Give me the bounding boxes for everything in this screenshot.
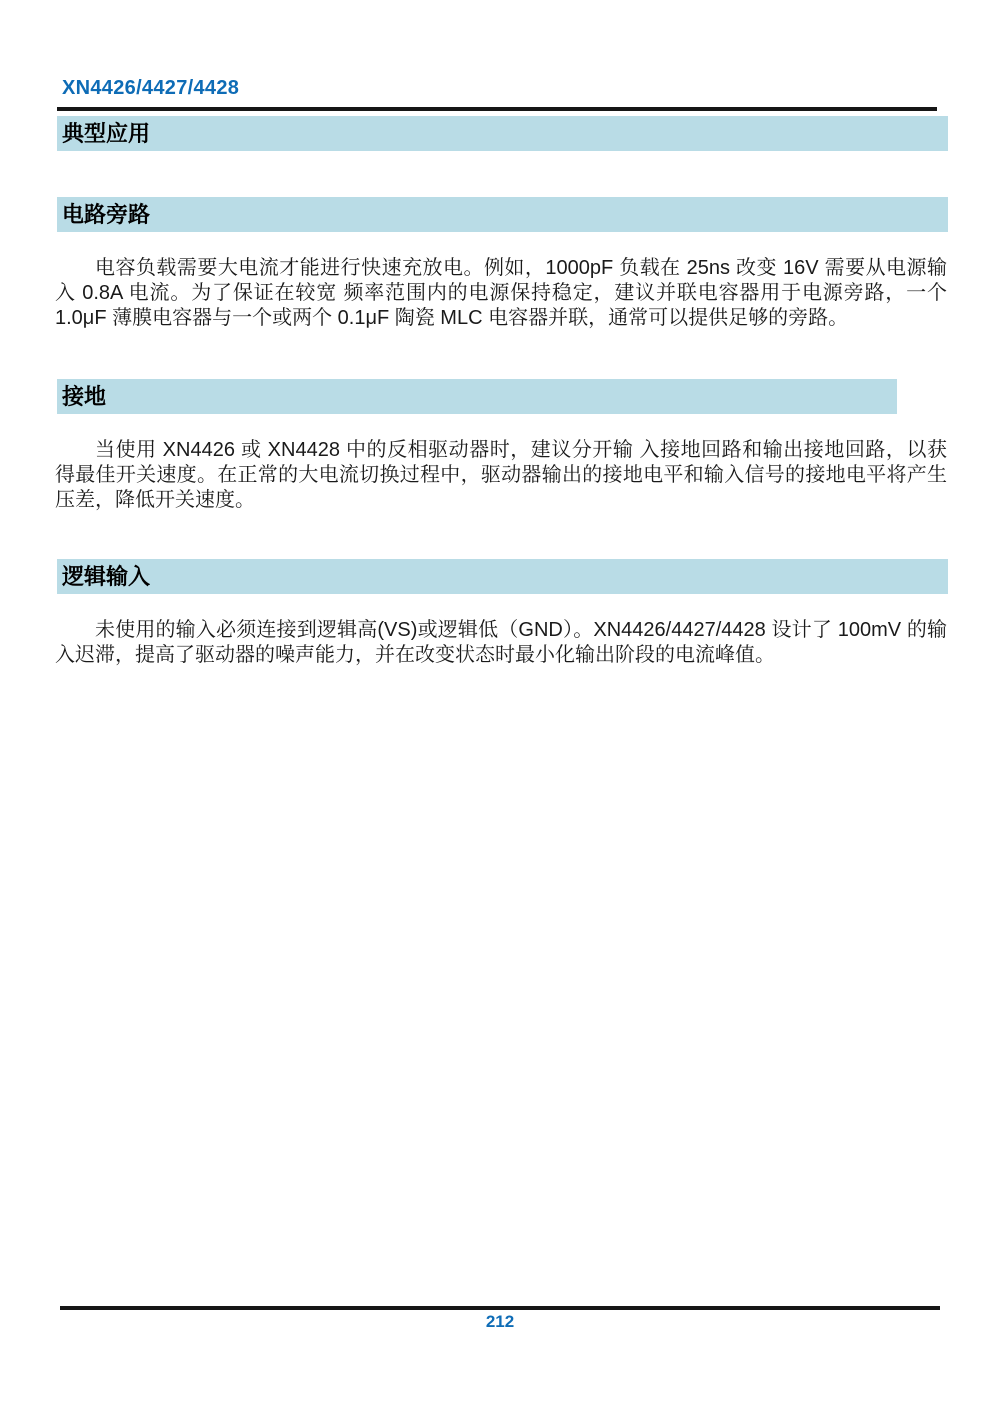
- section-grounding: 接地 当使用 XN4426 或 XN4428 中的反相驱动器时，建议分开输 入接…: [0, 379, 1000, 513]
- paragraph-grounding: 当使用 XN4426 或 XN4428 中的反相驱动器时，建议分开输 入接地回路…: [55, 438, 947, 513]
- paragraph-logic-input: 未使用的输入必须连接到逻辑高(VS)或逻辑低（GND）。XN4426/4427/…: [55, 618, 947, 668]
- page-number: 212: [0, 1312, 1000, 1332]
- document-body: 典型应用 电路旁路 电容负载需要大电流才能进行快速充放电。例如，1000pF 负…: [0, 116, 1000, 668]
- header-rule: [57, 107, 937, 111]
- section-heading-bypass-circuit: 电路旁路: [57, 197, 948, 232]
- section-bypass-circuit: 电路旁路 电容负载需要大电流才能进行快速充放电。例如，1000pF 负载在 25…: [0, 197, 1000, 331]
- section-heading-typical-applications: 典型应用: [57, 116, 948, 151]
- paragraph-bypass-circuit: 电容负载需要大电流才能进行快速充放电。例如，1000pF 负载在 25ns 改变…: [55, 256, 947, 331]
- section-heading-logic-input: 逻辑输入: [57, 559, 948, 594]
- datasheet-page: XN4426/4427/4428 典型应用 电路旁路 电容负载需要大电流才能进行…: [0, 0, 1000, 1414]
- section-heading-grounding: 接地: [57, 379, 897, 414]
- document-title: XN4426/4427/4428: [62, 77, 1000, 100]
- footer-rule: [60, 1306, 940, 1310]
- page-header: XN4426/4427/4428: [0, 0, 1000, 111]
- section-typical-applications: 典型应用: [0, 116, 1000, 151]
- section-logic-input: 逻辑输入 未使用的输入必须连接到逻辑高(VS)或逻辑低（GND）。XN4426/…: [0, 559, 1000, 668]
